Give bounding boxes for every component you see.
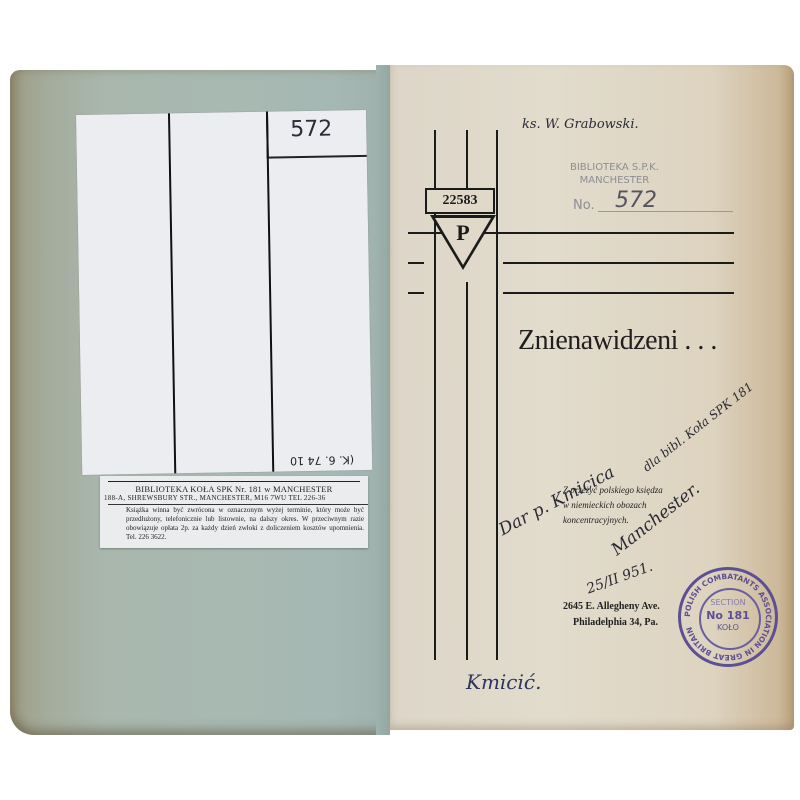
library-name: BIBLIOTEKA KOŁA SPK Nr. 181 w MANCHESTER <box>100 484 368 494</box>
stamp-no-label: No. <box>573 198 595 213</box>
frame-horizontal-rule <box>503 262 734 264</box>
frame-vertical-rule <box>466 130 468 190</box>
prisoner-number-badge: 22583 <box>425 188 495 214</box>
book-gutter <box>376 65 390 735</box>
association-round-stamp: POLISH COMBATANTS ASSOCIATION IN GREAT B… <box>678 567 778 667</box>
frame-horizontal-rule <box>408 292 424 294</box>
library-address: 188-A, SHREWSBURY STR., MANCHESTER, M16 … <box>104 494 368 502</box>
frame-horizontal-rule <box>503 292 734 294</box>
address-line: Philadelphia 34, Pa. <box>563 615 660 631</box>
stamp-no-value: 572 <box>615 188 657 213</box>
library-stamp: BIBLIOTEKA S.P.K. MANCHESTER <box>570 161 659 187</box>
stamp-line: MANCHESTER <box>570 174 659 187</box>
slip-column-line <box>168 113 176 473</box>
frame-vertical-rule <box>466 282 468 660</box>
frame-horizontal-rule <box>408 262 424 264</box>
slip-number: 572 <box>290 117 332 143</box>
bottom-signature: Kmicić. <box>466 670 541 694</box>
slip-column-line <box>266 112 274 472</box>
library-card-slip: 572 (K. 6. 74 10 <box>76 110 372 475</box>
address-line: 2645 E. Allegheny Ave. <box>563 599 660 615</box>
frame-vertical-rule <box>496 130 498 660</box>
stamp-center-text: SECTION <box>681 598 775 607</box>
label-rule <box>108 504 368 505</box>
owner-signature: ks. W. Grabowski. <box>522 117 639 132</box>
slip-upside-down-note: (K. 6. 74 10 <box>290 453 354 467</box>
stamp-center-text: No 181 <box>681 609 775 622</box>
stamp-line: BIBLIOTEKA S.P.K. <box>570 161 659 174</box>
publisher-address: 2645 E. Allegheny Ave. Philadelphia 34, … <box>563 599 660 631</box>
label-rule <box>108 481 360 482</box>
stamp-center-text: KOŁO <box>681 623 775 632</box>
return-notice: Książka winna być zwrócona w oznaczonym … <box>126 506 364 542</box>
book-title: Znienawidzeni . . . <box>518 325 717 357</box>
triangle-letter: P <box>450 220 476 246</box>
library-pocket-label: BIBLIOTEKA KOŁA SPK Nr. 181 w MANCHESTER… <box>100 476 368 548</box>
